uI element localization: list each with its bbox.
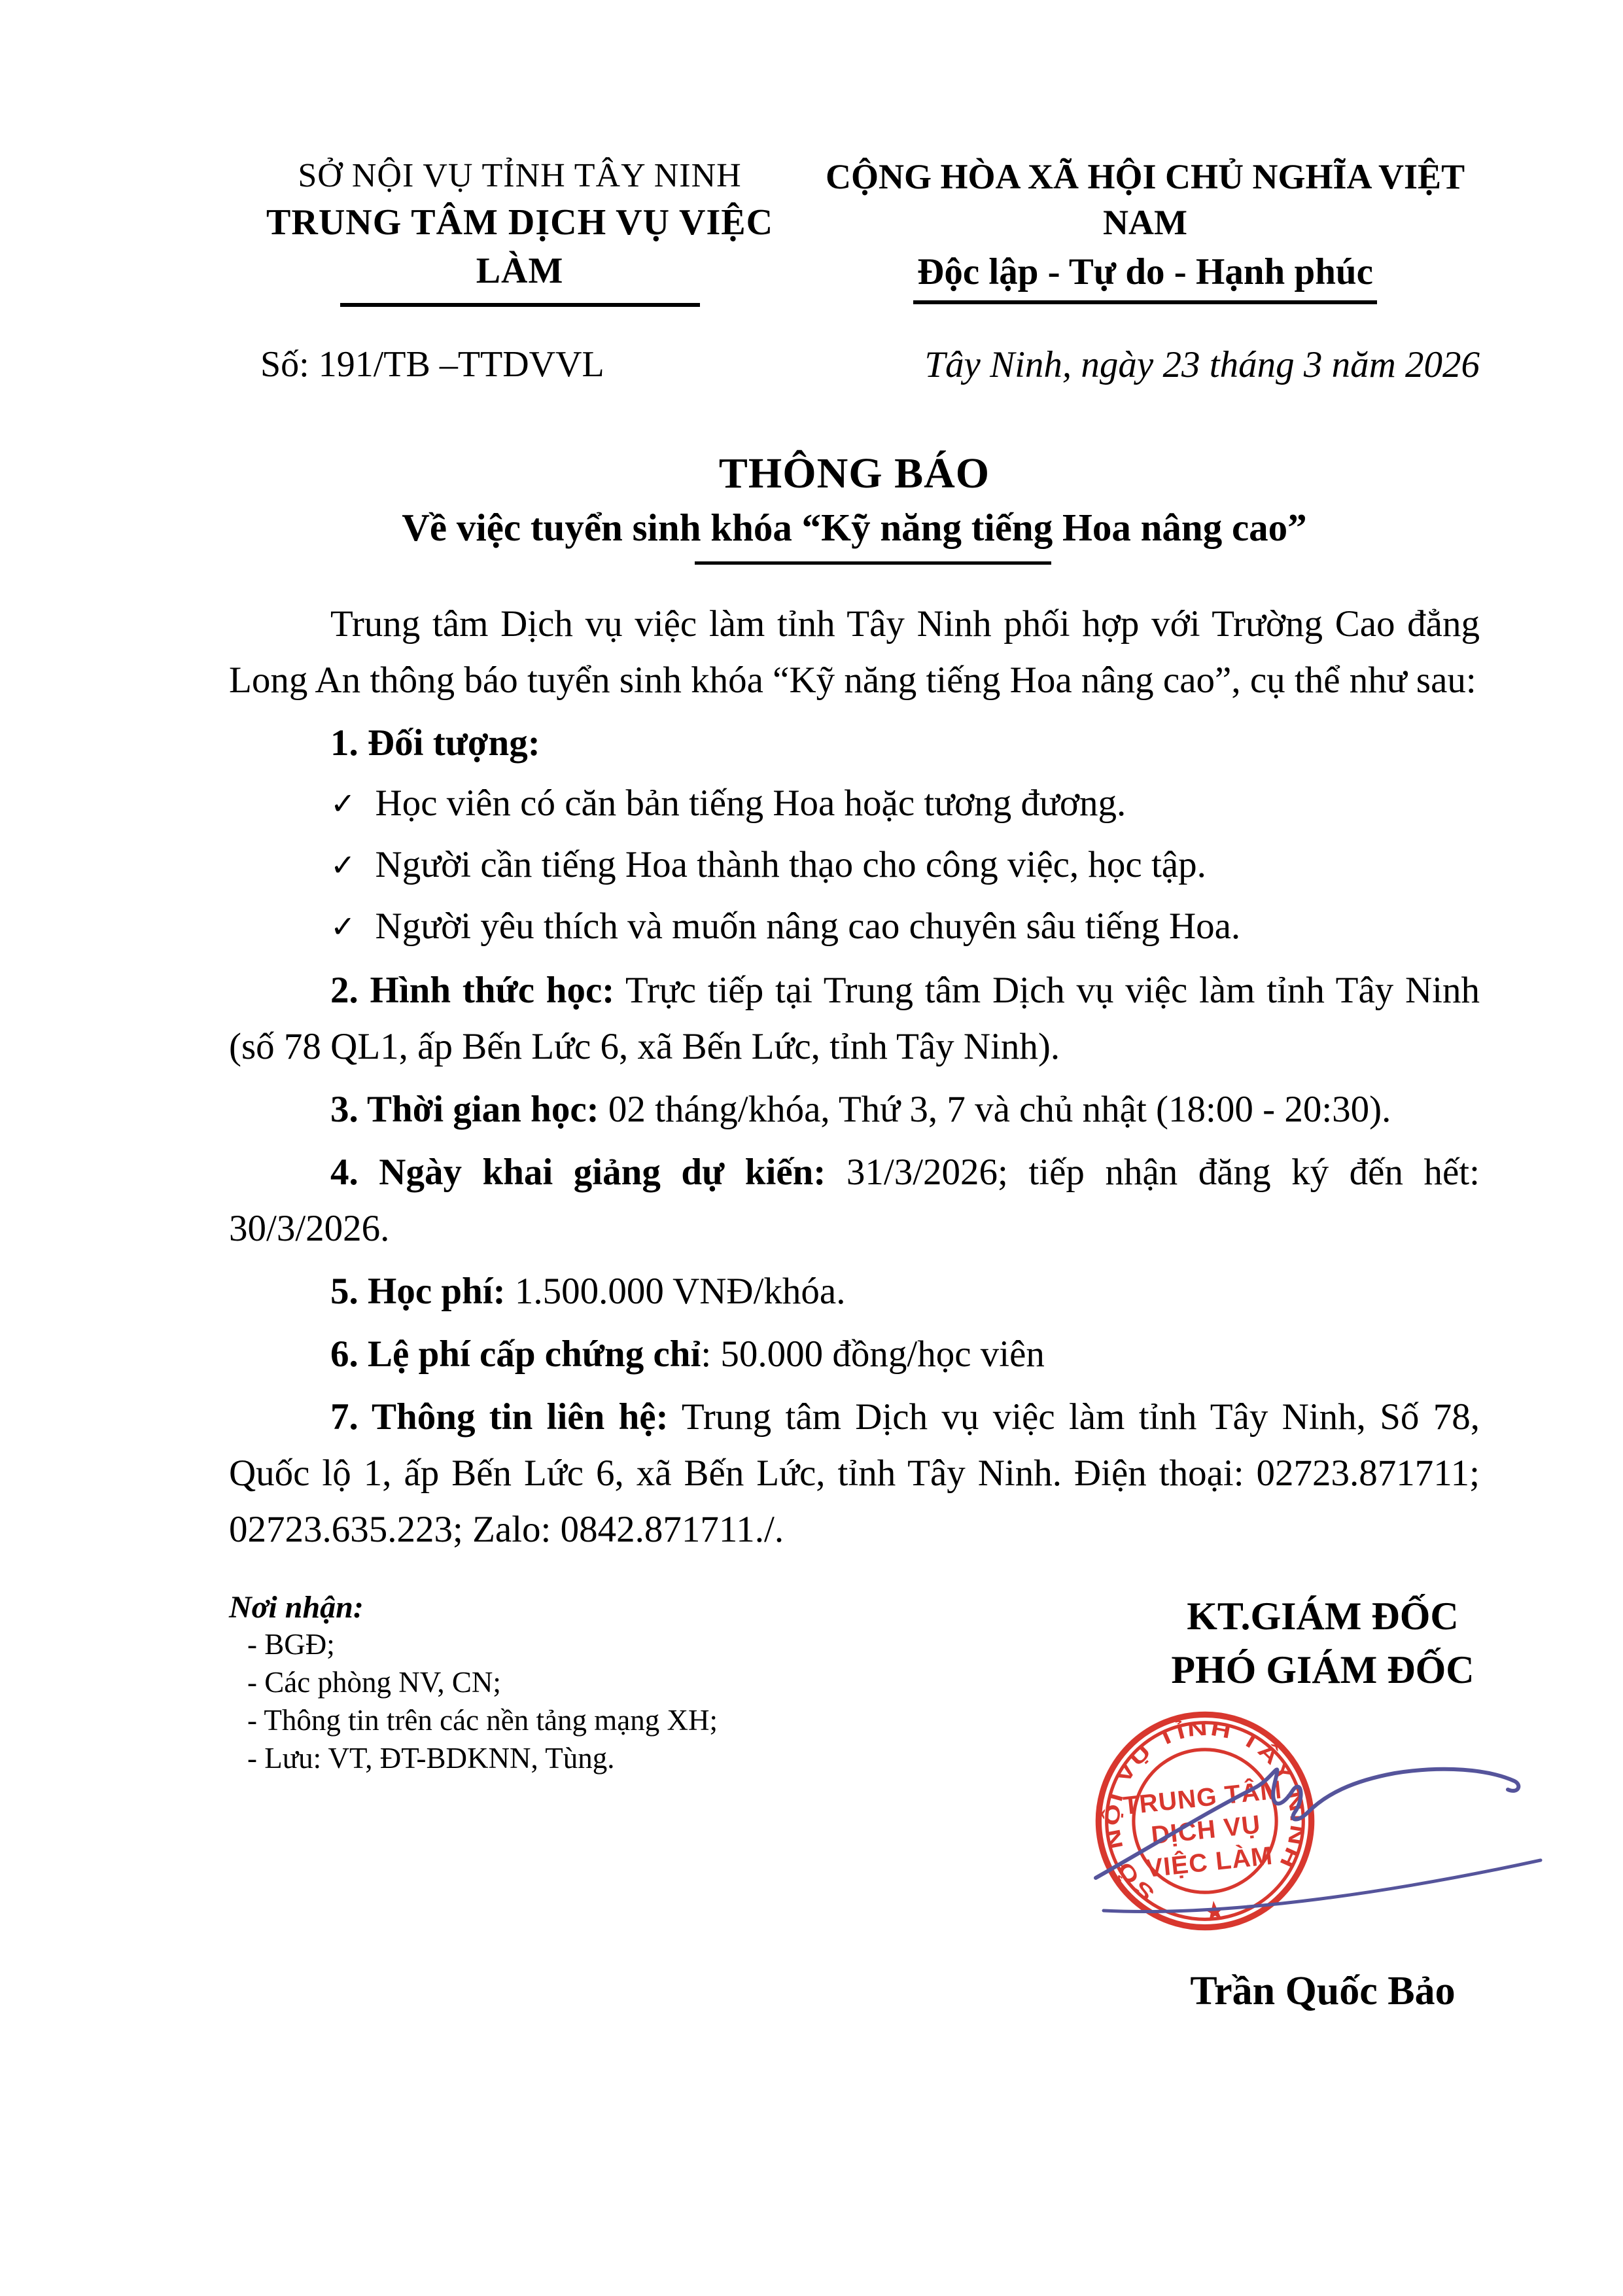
recipient-item: - Các phòng NV, CN; (247, 1663, 817, 1701)
checkmark-icon: ✓ (330, 774, 356, 833)
national-motto: Độc lập - Tự do - Hạnh phúc (913, 251, 1377, 304)
document-footer: Nơi nhận: - BGĐ; - Các phòng NV, CN; - T… (229, 1589, 1480, 2015)
place-and-date: Tây Ninh, ngày 23 tháng 3 năm 2026 (811, 344, 1480, 386)
stamp-and-signature: SỞ NỘI VỤ TỈNH TÂY NINH ★ TRUNG TÂM DỊCH… (1120, 1703, 1526, 1962)
section-6: 6. Lệ phí cấp chứng chỉ: 50.000 đồng/học… (229, 1326, 1480, 1383)
national-header-block: CỘNG HÒA XÃ HỘI CHỦ NGHĨA VIỆT NAM Độc l… (811, 154, 1480, 307)
title-block: THÔNG BÁO Về việc tuyển sinh khóa “Kỹ nă… (229, 446, 1480, 565)
org-parent-name: SỞ NỘI VỤ TỈNH TÂY NINH (229, 154, 811, 198)
section-6-text: : 50.000 đồng/học viên (701, 1333, 1045, 1375)
bullet-text: Người yêu thích và muốn nâng cao chuyên … (375, 897, 1241, 956)
recipient-item: - Lưu: VT, ĐT-BDKNN, Tùng. (247, 1739, 817, 1777)
bullet-text: Học viên có căn bản tiếng Hoa hoặc tương… (375, 774, 1126, 833)
section-3-label: 3. Thời gian học: (330, 1089, 599, 1130)
recipient-item: - Thông tin trên các nền tảng mạng XH; (247, 1701, 817, 1739)
section-2: 2. Hình thức học: Trực tiếp tại Trung tâ… (229, 963, 1480, 1075)
document-body: Trung tâm Dịch vụ việc làm tỉnh Tây Ninh… (229, 596, 1480, 1558)
bullet-item: ✓ Học viên có căn bản tiếng Hoa hoặc tươ… (330, 774, 1480, 833)
recipients-block: Nơi nhận: - BGĐ; - Các phòng NV, CN; - T… (229, 1589, 817, 2015)
bullet-item: ✓ Người cần tiếng Hoa thành thạo cho côn… (330, 836, 1480, 894)
org-name: TRUNG TÂM DỊCH VỤ VIỆC LÀM (229, 198, 811, 295)
doc-number: Số: 191/TB –TTDVVL (229, 344, 811, 386)
org-name-underline (340, 303, 700, 307)
recipients-label: Nơi nhận: (229, 1589, 817, 1625)
section-6-label: 6. Lệ phí cấp chứng chỉ (330, 1333, 701, 1375)
signer-title-line1: KT.GIÁM ĐỐC (1120, 1589, 1526, 1643)
signer-title-line2: PHÓ GIÁM ĐỐC (1120, 1643, 1526, 1697)
document-subtitle: Về việc tuyển sinh khóa “Kỹ năng tiếng H… (229, 501, 1480, 554)
section-4: 4. Ngày khai giảng dự kiến: 31/3/2026; t… (229, 1144, 1480, 1257)
intro-paragraph: Trung tâm Dịch vụ việc làm tỉnh Tây Ninh… (229, 596, 1480, 709)
document-title: THÔNG BÁO (229, 446, 1480, 501)
section-3: 3. Thời gian học: 02 tháng/khóa, Thứ 3, … (229, 1082, 1480, 1138)
signature-ink (1064, 1720, 1568, 1942)
checkmark-icon: ✓ (330, 897, 356, 956)
section-5-label: 5. Học phí: (330, 1271, 506, 1312)
signature-stroke-upper (1096, 1769, 1518, 1878)
document-header: SỞ NỘI VỤ TỈNH TÂY NINH TRUNG TÂM DỊCH V… (229, 154, 1480, 307)
doc-meta-row: Số: 191/TB –TTDVVL Tây Ninh, ngày 23 thá… (229, 344, 1480, 386)
section-1-label: 1. Đối tượng: (330, 722, 540, 764)
signature-stroke-lower (1104, 1860, 1541, 1911)
section-2-label: 2. Hình thức học: (330, 970, 614, 1011)
section-7-label: 7. Thông tin liên hệ: (330, 1396, 669, 1438)
section-1-heading: 1. Đối tượng: (229, 715, 1480, 771)
recipient-item: - BGĐ; (247, 1625, 817, 1663)
subtitle-underline (695, 561, 1051, 565)
document-page: SỞ NỘI VỤ TỈNH TÂY NINH TRUNG TÂM DỊCH V… (0, 0, 1623, 2296)
bullet-item: ✓ Người yêu thích và muốn nâng cao chuyê… (330, 897, 1480, 956)
signature-block: KT.GIÁM ĐỐC PHÓ GIÁM ĐỐC SỞ NỘI (817, 1589, 1480, 2015)
bullet-text: Người cần tiếng Hoa thành thạo cho công … (375, 836, 1206, 894)
section-7: 7. Thông tin liên hệ: Trung tâm Dịch vụ … (229, 1389, 1480, 1558)
section-4-label: 4. Ngày khai giảng dự kiến: (330, 1152, 826, 1193)
checkmark-icon: ✓ (330, 836, 356, 894)
issuing-org-block: SỞ NỘI VỤ TỈNH TÂY NINH TRUNG TÂM DỊCH V… (229, 154, 811, 307)
section-3-text: 02 tháng/khóa, Thứ 3, 7 và chủ nhật (18:… (599, 1089, 1391, 1130)
section-5-text: 1.500.000 VNĐ/khóa. (506, 1271, 846, 1312)
national-title: CỘNG HÒA XÃ HỘI CHỦ NGHĨA VIỆT NAM (811, 154, 1480, 245)
signer-name: Trần Quốc Bảo (1120, 1968, 1526, 2015)
document-content: SỞ NỘI VỤ TỈNH TÂY NINH TRUNG TÂM DỊCH V… (229, 154, 1480, 2015)
section-5: 5. Học phí: 1.500.000 VNĐ/khóa. (229, 1263, 1480, 1320)
